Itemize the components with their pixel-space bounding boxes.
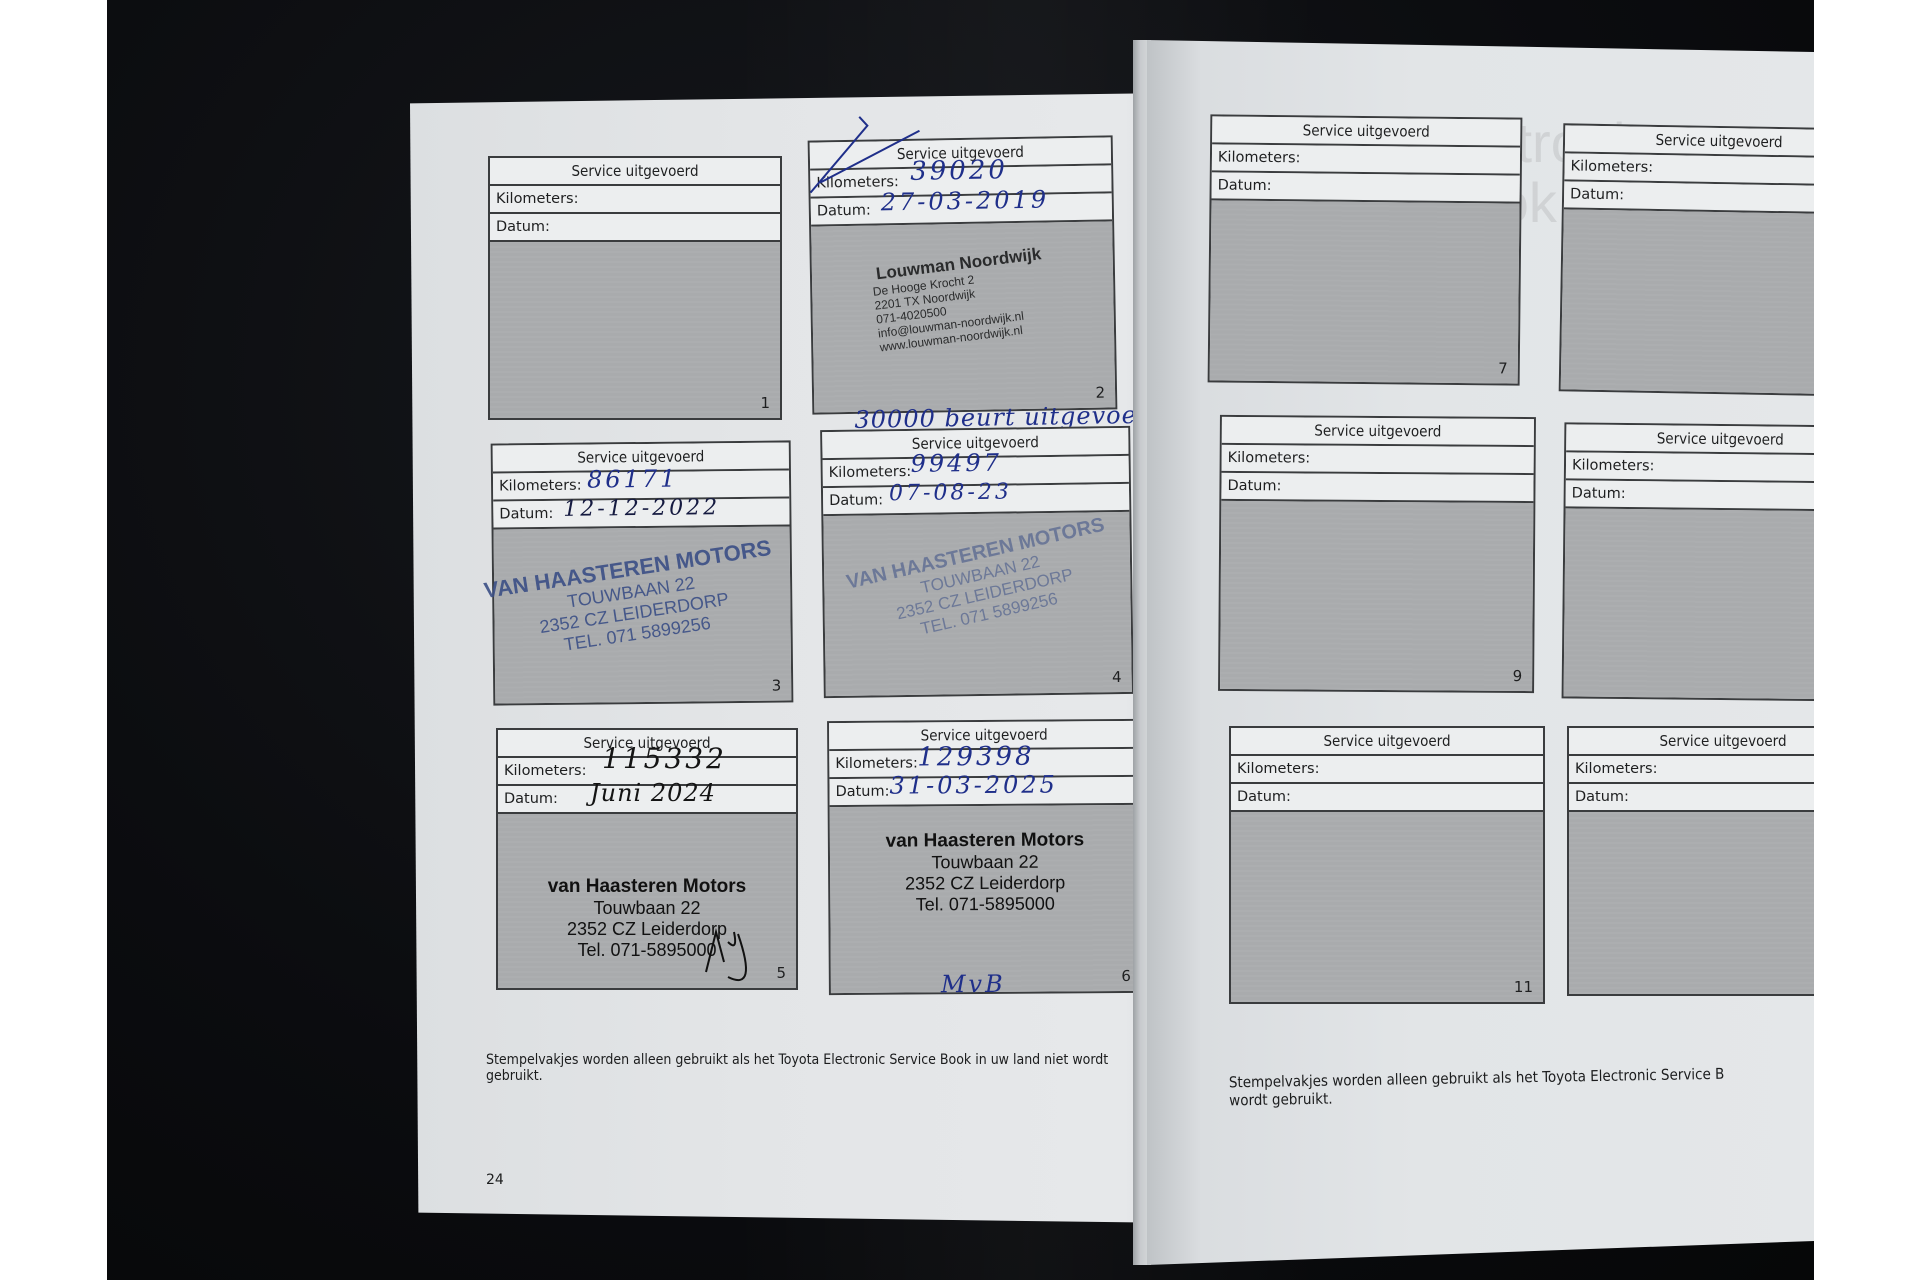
box-number: 11 [1514, 978, 1533, 996]
box-number: 5 [776, 964, 786, 982]
handwritten-kilometers: 99497 [910, 450, 1002, 477]
date-field: Datum: 31-03-2025 [829, 777, 1139, 807]
date-field: Datum: Juni 2024 [498, 786, 796, 814]
service-box-6: Service uitgevoerd Kilometers: 129398 Da… [827, 719, 1143, 995]
right-footnote: Stempelvakjes worden alleen gebruikt als… [1229, 1063, 1814, 1110]
box-header: Service uitgevoerd [1566, 424, 1814, 455]
handwritten-kilometers: 86171 [587, 466, 679, 493]
box-header: Service uitgevoerd [1231, 728, 1543, 756]
photo-background: Service uitgevoerd Kilometers: Datum: 1 … [107, 0, 1814, 1280]
stamp-area [1561, 209, 1814, 394]
stamp-area [1569, 812, 1814, 994]
service-box-11: Service uitgevoerd Kilometers: Datum: 11 [1229, 726, 1545, 1004]
stamp-area: VAN HAASTEREN MOTORS TOUWBAAN 22 2352 CZ… [823, 512, 1131, 696]
service-box-3: Service uitgevoerd Kilometers: 86171 Dat… [491, 440, 794, 705]
handwritten-kilometers: 129398 [917, 744, 1034, 771]
box-number: 3 [772, 677, 782, 695]
stamp-area: VAN HAASTEREN MOTORS TOUWBAAN 22 2352 CZ… [494, 526, 792, 703]
date-field: Datum: [1566, 480, 1814, 511]
box-number: 2 [1095, 384, 1105, 402]
box-number: 4 [1112, 668, 1122, 686]
service-box-2: Service uitgevoerd Kilometers: 39020 Dat… [808, 135, 1118, 414]
service-box-9: Service uitgevoerd Kilometers: Datum: 9 [1218, 415, 1536, 693]
kilometers-field: Kilometers: [490, 186, 780, 214]
box-header: Service uitgevoerd [1212, 116, 1520, 147]
handwritten-kilometers: 115332 [602, 746, 727, 772]
box-number: 1 [760, 394, 770, 412]
service-box-10: Service uitgevoerd Kilometers: Datum: [1562, 422, 1814, 701]
service-box-5: Service uitgevoerd Kilometers: 115332 Da… [496, 728, 798, 990]
kilometers-field: Kilometers: [1231, 756, 1543, 784]
dealer-stamp-louwman: Louwman Noordwijk De Hooge Krocht 2 2201… [808, 236, 1118, 362]
stamp-area: Louwman Noordwijk De Hooge Krocht 2 2201… [811, 221, 1115, 412]
date-field: Datum: [1569, 784, 1814, 812]
service-box-1: Service uitgevoerd Kilometers: Datum: 1 [488, 156, 782, 420]
box-number: 9 [1513, 667, 1523, 685]
box-header: Service uitgevoerd [1222, 417, 1534, 447]
box-header: Service uitgevoerd [490, 158, 780, 186]
stamp-area: van Haasteren Motors Touwbaan 22 2352 CZ… [830, 805, 1141, 993]
box-header: Service uitgevoerd [1569, 728, 1814, 756]
dealer-stamp-van-haasteren: van Haasteren Motors Touwbaan 22 2352 CZ… [830, 829, 1141, 916]
date-field: Datum: [1221, 473, 1533, 503]
kilometers-field: Kilometers: [1569, 756, 1814, 784]
date-field: Datum: 07-08-23 [823, 484, 1129, 516]
handwritten-date: 31-03-2025 [889, 771, 1058, 798]
stamp-area: 11 [1231, 812, 1543, 1002]
box-number: 6 [1121, 967, 1131, 985]
handwritten-date: 12-12-2022 [563, 495, 720, 523]
dealer-stamp-van-haasteren-faded: VAN HAASTEREN MOTORS TOUWBAAN 22 2352 CZ… [819, 508, 1146, 659]
stamp-area: 7 [1210, 200, 1520, 383]
dealer-stamp-van-haasteren: VAN HAASTEREN MOTORS TOUWBAAN 22 2352 CZ… [469, 533, 795, 668]
handwritten-initials: MvB [941, 970, 1006, 998]
handwritten-date: 07-08-23 [889, 480, 1012, 508]
signature-scribble [698, 922, 778, 982]
date-field: Datum: [1212, 172, 1520, 203]
service-box-8: Service uitgevoerd Kilometers: Datum: [1559, 123, 1814, 396]
box-number: 7 [1498, 359, 1508, 377]
stamp-area: 9 [1220, 501, 1533, 691]
date-field: Datum: 12-12-2022 [493, 498, 789, 529]
stamp-area: van Haasteren Motors Touwbaan 22 2352 CZ… [498, 814, 796, 988]
stamp-area: 1 [490, 242, 780, 418]
service-box-4: Service uitgevoerd Kilometers: 99497 Dat… [820, 426, 1134, 698]
date-field: Datum: [1231, 784, 1543, 812]
service-box-12: Service uitgevoerd Kilometers: Datum: [1567, 726, 1814, 996]
kilometers-field: Kilometers: [1222, 445, 1534, 475]
kilometers-field: Kilometers: [1566, 452, 1814, 483]
date-field: Datum: [490, 214, 780, 242]
handwritten-date: Juni 2024 [590, 780, 716, 806]
left-page: Service uitgevoerd Kilometers: Datum: 1 … [410, 92, 1250, 1224]
left-footnote: Stempelvakjes worden alleen gebruikt als… [486, 1052, 1126, 1084]
service-box-7: Service uitgevoerd Kilometers: Datum: 7 [1208, 114, 1523, 385]
page-number: 24 [486, 1172, 504, 1188]
stamp-area [1564, 508, 1814, 699]
kilometers-field: Kilometers: [1212, 144, 1520, 175]
right-page: Toyota Electronic Service Book Service u… [1147, 40, 1814, 1265]
signature-scribble [789, 111, 931, 203]
